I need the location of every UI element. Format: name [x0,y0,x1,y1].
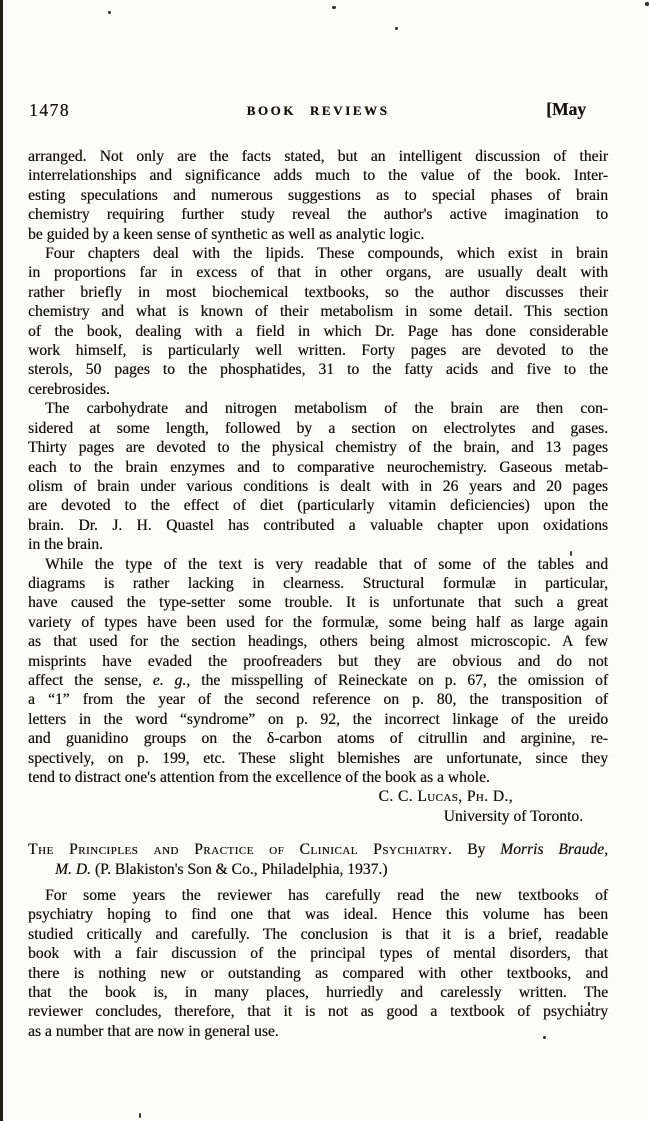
text-line: arranged. Not only are the facts stated,… [28,147,608,166]
scanned-book-page: 1478 BOOK REVIEWS [May arranged. Not onl… [0,0,650,1121]
review1-text: arranged. Not only are the facts stated,… [28,147,608,787]
paragraph: While the type of the text is very reada… [28,555,608,788]
text-line: variety of types have been used for the … [28,613,608,632]
text-line: there is nothing new or outstanding as c… [28,964,608,983]
text-line: tend to distract one's attention from th… [28,768,608,787]
text-line: as that used for the section headings, o… [28,632,608,651]
review2-text: For some years the reviewer has carefull… [28,886,608,1041]
text-line: each to the brain enzymes and to compara… [28,458,608,477]
page-header: 1478 BOOK REVIEWS [May [28,100,608,122]
author-degree: M. D. [55,861,91,878]
page-body: arranged. Not only are the facts stated,… [28,147,608,1041]
text-line: of the book, dealing with a field in whi… [28,322,608,341]
text-line: have caused the type-setter some trouble… [28,593,608,612]
scan-edge-artifact [0,0,3,1121]
scan-speck [332,6,336,9]
paragraph: arranged. Not only are the facts stated,… [28,147,608,244]
text-line: Four chapters deal with the lipids. Thes… [28,244,608,263]
text-line: cerebrosides. [28,380,608,399]
text-line: Thirty pages are devoted to the physical… [28,438,608,457]
scan-speck [395,27,398,30]
book-title: The Principles and Practice of Clinical … [28,841,452,858]
text-line: reviewer concludes, therefore, that it i… [28,1002,608,1021]
text-line: be guided by a keen sense of synthetic a… [28,225,608,244]
text-line: chemistry requiring further study reveal… [28,205,608,224]
text-line: interrelationships and significance adds… [28,166,608,185]
review2-heading-line1: The Principles and Practice of Clinical … [28,840,608,859]
text-line: The carbohydrate and nitrogen metabolism… [28,399,608,418]
text-line: For some years the reviewer has carefull… [28,886,608,905]
paragraph: The carbohydrate and nitrogen metabolism… [28,399,608,554]
book-author: Morris Braude, [500,841,608,858]
publisher-info: (P. Blakiston's Son & Co., Philadelphia,… [95,861,388,878]
text-line: esting speculations and numerous suggest… [28,186,608,205]
running-title: BOOK REVIEWS [28,103,608,119]
review1-signature: C. C. Lucas, Ph. D., University of Toron… [28,787,608,826]
text-line: diagrams is rather lacking in clearness.… [28,574,608,593]
review2-heading: The Principles and Practice of Clinical … [28,840,608,879]
text-line: a “1” from the year of the second refere… [28,690,608,709]
paragraph: For some years the reviewer has carefull… [28,886,608,1041]
text-line: olism of brain under various conditions … [28,477,608,496]
review2-heading-line2: M. D. (P. Blakiston's Son & Co., Philade… [28,860,608,879]
scan-speck [108,11,111,14]
text-line: rather briefly in most biochemical textb… [28,283,608,302]
text-line: in proportions far in excess of that in … [28,263,608,282]
text-line: chemistry and what is known of their met… [28,302,608,321]
reviewer-name: C. C. Lucas, Ph. D., [28,787,608,806]
text-line: psychiatry hoping to find one that was i… [28,905,608,924]
paragraph: Four chapters deal with the lipids. Thes… [28,244,608,399]
text-line: are devoted to the effect of diet (parti… [28,496,608,515]
text-line: studied critically and carefully. The co… [28,925,608,944]
by-text: By [467,841,485,858]
text-line: While the type of the text is very reada… [28,555,608,574]
text-line: sterols, 50 pages to the phosphatides, 3… [28,360,608,379]
text-line: in the brain. [28,535,608,554]
text-line: brain. Dr. J. H. Quastel has contributed… [28,516,608,535]
text-line: spectively, on p. 199, etc. These slight… [28,749,608,768]
text-line: sidered at some length, followed by a se… [28,419,608,438]
text-line: as a number that are now in general use. [28,1022,608,1041]
scan-speck [139,1113,141,1118]
text-line: letters in the word “syndrome” on p. 92,… [28,710,608,729]
text-line: that the book is, in many places, hurrie… [28,983,608,1002]
text-line: and guanidino groups on the δ-carbon ato… [28,729,608,748]
text-line: misprints have evaded the proofreaders b… [28,652,608,671]
issue-label: [May [546,99,586,120]
text-line: affect the sense, e. g., the misspelling… [28,671,608,690]
scan-speck [645,2,649,6]
reviewer-affiliation: University of Toronto. [28,807,608,826]
text-line: book with a fair discussion of the princ… [28,944,608,963]
text-line: work himself, is particularly well writt… [28,341,608,360]
